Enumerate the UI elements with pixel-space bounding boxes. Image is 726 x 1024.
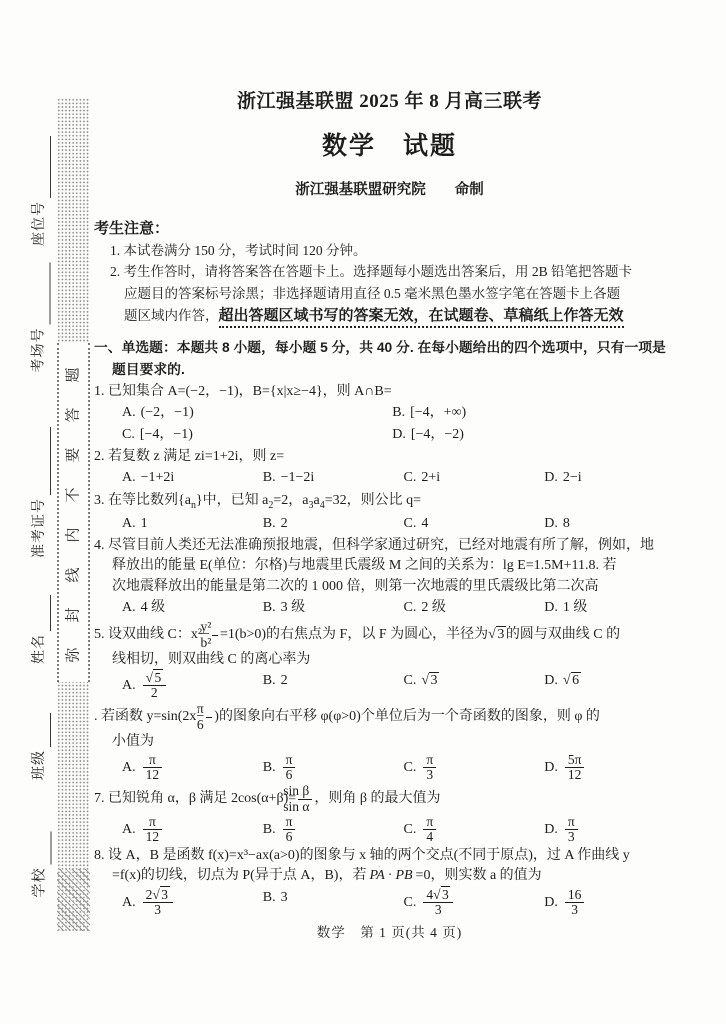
seal-char: 要 xyxy=(62,439,86,472)
option-a: A.π12 xyxy=(122,815,263,844)
seal-line-hatch xyxy=(57,869,90,931)
option-a: A.1 xyxy=(122,514,263,534)
field-seat-number: 座位号 xyxy=(29,128,51,246)
option-a: A.4 级 xyxy=(122,598,263,618)
notice-bold-warning: 超出答题区域书写的答案无效，在试题卷、草稿纸上作答无效 xyxy=(219,307,624,328)
field-label: 姓名 xyxy=(29,634,51,664)
issuer-line: 浙江强基联盟研究院 命制 xyxy=(94,180,685,201)
question-1-stem: 1. 已知集合 A=(−2，−1)，B={x|x≥−4}，则 A∩B= xyxy=(94,382,685,402)
question-4-stem-line2: 释放出的能量 E(单位：尔格)与地震里氏震级 M 之间的关系为：lg E=1.5… xyxy=(94,556,685,576)
option-a: A.π12 xyxy=(122,753,263,782)
seal-char: 不 xyxy=(62,479,86,512)
vector-arrow: → xyxy=(369,866,384,872)
option-d: D.163 xyxy=(544,888,685,917)
question-3-stem: 3. 在等比数列{an}中，已知 a2=2，a3a4=32，则公比 q= xyxy=(94,491,685,513)
option-c: C.[−4，−1) xyxy=(122,425,392,445)
notice-heading: 考生注意： xyxy=(94,218,685,240)
field-label: 考场号 xyxy=(29,328,51,373)
page-footer: 数学 第 1 页(共 4 页) xyxy=(94,921,685,941)
fill-in-blank xyxy=(37,832,52,865)
option-b: B.[−4，+∞) xyxy=(392,403,662,423)
fill-in-blank xyxy=(36,263,51,325)
option-a: A.√52 xyxy=(122,671,263,700)
vector-pb: →PB xyxy=(395,866,412,886)
option-b: B.−1−2i xyxy=(263,468,404,488)
seal-char: 内 xyxy=(62,519,86,552)
question-2-stem: 2. 若复数 z 满足 zi=1+2i，则 z= xyxy=(94,447,685,467)
option-c: C.2 级 xyxy=(404,598,545,618)
seal-char: 封 xyxy=(62,599,86,632)
question-6-stem-line2: 小值为 xyxy=(94,732,685,752)
option-d: D.1 级 xyxy=(544,598,685,618)
notice-item-2-line3: 题区域内作答，超出答题区域书写的答案无效，在试题卷、草稿纸上作答无效 xyxy=(94,304,685,328)
option-c: C.2+i xyxy=(404,468,545,488)
option-c: C.π4 xyxy=(404,815,545,844)
field-admission-ticket-number: 准考证号 xyxy=(29,418,51,558)
option-a: A.2√33 xyxy=(122,888,263,917)
option-c: C.√3 xyxy=(404,671,545,700)
question-8: 8. 设 A，B 是函数 f(x)=x³−ax(a>0)的图象与 x 轴的两个交… xyxy=(94,846,685,917)
question-8-stem-line1: 8. 设 A，B 是函数 f(x)=x³−ax(a>0)的图象与 x 轴的两个交… xyxy=(94,846,685,866)
section-1-header: 一、单选题：本题共 8 小题，每小题 5 分，共 40 分. 在每小题给出的四个… xyxy=(94,337,685,380)
option-b: B.π6 xyxy=(263,815,404,844)
notice-item-2-line2: 应题目的答案标号涂黑；非选择题请用直径 0.5 毫米黑色墨水签字笔在答题卡上各题 xyxy=(94,283,685,305)
option-c: C.π3 xyxy=(404,753,545,782)
question-5-stem-line1: 5. 设双曲线 C：x²−y²b²=1(b>0)的右焦点为 F，以 F 为圆心，… xyxy=(94,620,685,649)
main-content: 浙江强基联盟 2025 年 8 月高三联考 数学 试题 浙江强基联盟研究院 命制… xyxy=(94,88,685,918)
seal-char: 答 xyxy=(62,399,86,432)
field-label: 座位号 xyxy=(29,201,51,246)
fill-in-blank xyxy=(36,713,51,747)
option-d: D.5π12 xyxy=(544,753,685,782)
option-c: C.4 xyxy=(404,514,545,534)
question-6-stem-line1: . 若函数 y=sin(2x−π6)的图象向右平移 φ(φ>0)个单位后为一个奇… xyxy=(94,702,685,731)
option-d: D.8 xyxy=(544,514,685,534)
option-d: D.[−4，−2) xyxy=(392,425,662,445)
question-5-options: A.√52 B.2 C.√3 D.√6 xyxy=(94,671,685,700)
seal-char: 弥 xyxy=(62,639,86,672)
vector-arrow: → xyxy=(395,866,412,872)
option-b: B.2 xyxy=(263,514,404,534)
question-1: 1. 已知集合 A=(−2，−1)，B={x|x≥−4}，则 A∩B= A.(−… xyxy=(94,382,685,445)
option-a: A.(−2，−1) xyxy=(122,403,392,423)
question-6-options: A.π12 B.π6 C.π3 D.5π12 xyxy=(94,753,685,782)
question-5: 5. 设双曲线 C：x²−y²b²=1(b>0)的右焦点为 F，以 F 为圆心，… xyxy=(94,620,685,700)
question-4-options: A.4 级 B.3 级 C.2 级 D.1 级 xyxy=(94,598,685,618)
option-d: D.2−i xyxy=(544,468,685,488)
vector-pa: →PA xyxy=(369,866,384,886)
option-d: D.√6 xyxy=(544,671,685,700)
question-7-stem: 7. 已知锐角 α，β 满足 2cos(α+β)=sin βsin α，则角 β… xyxy=(94,784,685,813)
question-4: 4. 尽管目前人类还无法准确预报地震，但科学家通过研究，已经对地震有所了解，例如… xyxy=(94,536,685,618)
seal-char: 题 xyxy=(62,359,86,392)
notice-item-1: 1. 本试卷满分 150 分，考试时间 120 分钟。 xyxy=(94,240,685,262)
question-1-options-row2: C.[−4，−1) D.[−4，−2) xyxy=(94,425,685,445)
field-label: 班级 xyxy=(29,750,51,780)
option-d: D.π3 xyxy=(544,815,685,844)
notice-item-2-line1: 2. 考生作答时，请将答案答在答题卡上。选择题每小题选出答案后，用 2B 铅笔把… xyxy=(94,261,685,283)
option-b: B.2 xyxy=(263,671,404,700)
question-2-options: A.−1+2i B.−1−2i C.2+i D.2−i xyxy=(94,468,685,488)
seal-char: 线 xyxy=(62,559,86,592)
fill-in-blank xyxy=(36,427,51,495)
question-4-stem-line1: 4. 尽管目前人类还无法准确预报地震，但科学家通过研究，已经对地震有所了解，例如… xyxy=(94,536,685,556)
question-4-stem-line3: 次地震释放出的能量是第二次的 1 000 倍，则第一次地震的里氏震级比第二次高 xyxy=(94,577,685,597)
question-3: 3. 在等比数列{an}中，已知 a2=2，a3a4=32，则公比 q= A.1… xyxy=(94,491,685,535)
option-b: B.π6 xyxy=(263,753,404,782)
exam-paper-page: 题 答 要 不 内 线 封 弥 座位号 考场号 准考证号 姓名 班级 学校 浙江… xyxy=(0,0,726,1024)
question-1-options: A.(−2，−1) B.[−4，+∞) xyxy=(94,403,685,423)
question-5-stem-line2: 线相切，则双曲线 C 的离心率为 xyxy=(94,650,685,670)
option-c: C.4√33 xyxy=(404,888,545,917)
option-b: B.3 级 xyxy=(263,598,404,618)
question-2: 2. 若复数 z 满足 zi=1+2i，则 z= A.−1+2i B.−1−2i… xyxy=(94,447,685,489)
fill-in-blank xyxy=(36,136,51,198)
question-8-options: A.2√33 B.3 C.4√33 D.163 xyxy=(94,888,685,917)
question-7: 7. 已知锐角 α，β 满足 2cos(α+β)=sin βsin α，则角 β… xyxy=(94,784,685,844)
question-3-options: A.1 B.2 C.4 D.8 xyxy=(94,514,685,534)
question-6: . 若函数 y=sin(2x−π6)的图象向右平移 φ(φ>0)个单位后为一个奇… xyxy=(94,702,685,782)
field-exam-room-number: 考场号 xyxy=(29,254,51,373)
option-b: B.3 xyxy=(263,888,404,917)
field-name: 姓名 xyxy=(29,586,51,664)
field-label: 学校 xyxy=(30,868,52,898)
option-a: A.−1+2i xyxy=(122,468,263,488)
subject-title: 数学 试题 xyxy=(94,129,685,165)
question-8-stem-line2: =f(x)的切线，切点为 P(异于点 A，B)，若→PA·→PB=0，则实数 a… xyxy=(94,866,685,886)
field-class: 班级 xyxy=(29,712,51,780)
field-school: 学校 xyxy=(30,831,52,898)
field-label: 准考证号 xyxy=(29,498,51,558)
exam-title: 浙江强基联盟 2025 年 8 月高三联考 xyxy=(94,88,685,116)
question-7-options: A.π12 B.π6 C.π4 D.π3 xyxy=(94,815,685,844)
fill-in-blank xyxy=(36,595,51,631)
